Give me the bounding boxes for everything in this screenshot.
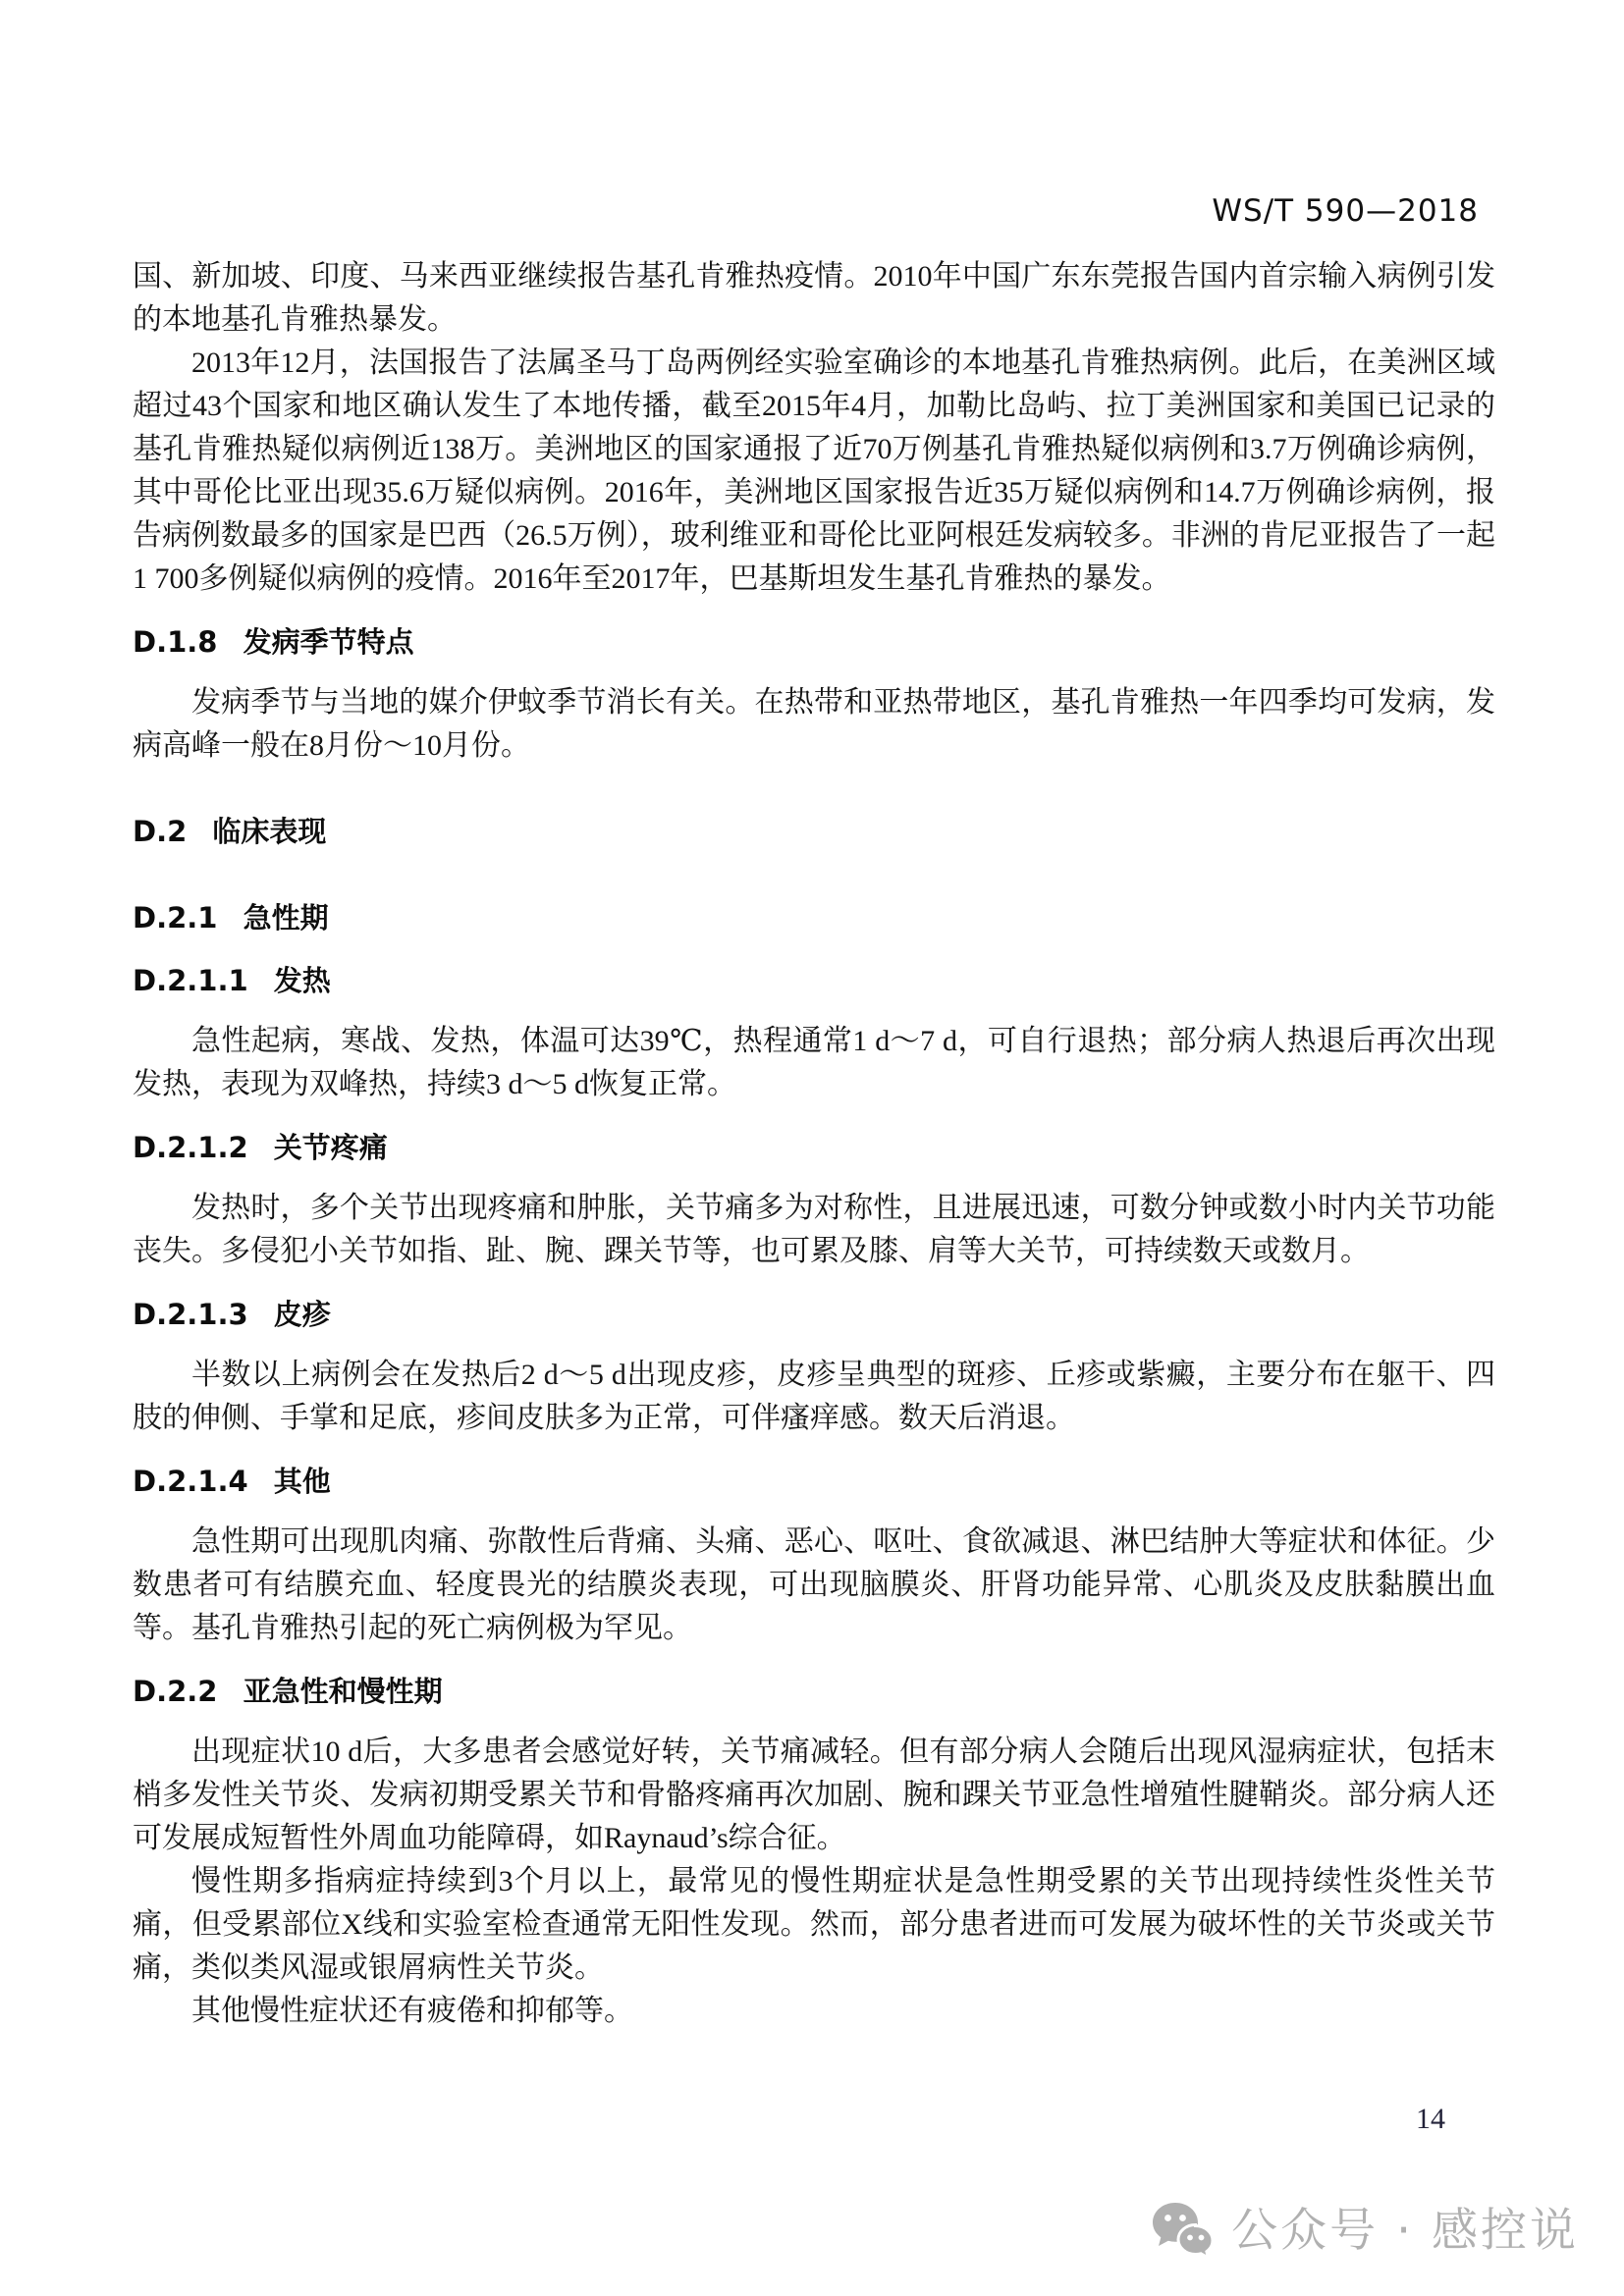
section-heading-d-2-1-1: D.2.1.1发热 [133,959,1495,1002]
heading-number: D.1.8 [133,625,217,659]
heading-title: 临床表现 [212,815,326,848]
body-paragraph: 急性起病，寒战、发热，体温可达39℃，热程通常1 d～7 d，可自行退热；部分病… [133,1020,1495,1106]
heading-title: 发病季节特点 [244,625,414,659]
body-paragraph: 国、新加坡、印度、马来西亚继续报告基孔肯雅热疫情。2010年中国广东东莞报告国内… [133,255,1495,342]
section-heading-d-2-2: D.2.2亚急性和慢性期 [133,1670,1495,1713]
document-body: 国、新加坡、印度、马来西亚继续报告基孔肯雅热疫情。2010年中国广东东莞报告国内… [133,255,1495,2033]
watermark: 公众号 · 感控说 [1151,2201,1579,2260]
heading-number: D.2.1.4 [133,1465,248,1498]
section-heading-d-1-8: D.1.8发病季节特点 [133,620,1495,664]
body-paragraph: 其他慢性症状还有疲倦和抑郁等。 [133,1990,1495,2033]
section-heading-d-2-1: D.2.1急性期 [133,896,1495,939]
page-number: 14 [1416,2103,1445,2136]
section-heading-d-2: D.2临床表现 [133,810,1495,853]
body-paragraph: 急性期可出现肌肉痛、弥散性后背痛、头痛、恶心、呕吐、食欲减退、淋巴结肿大等症状和… [133,1521,1495,1650]
wechat-logo-icon [1151,2201,1214,2260]
heading-number: D.2.2 [133,1675,217,1708]
section-heading-d-2-1-4: D.2.1.4其他 [133,1460,1495,1503]
body-paragraph: 发热时，多个关节出现疼痛和肿胀，关节痛多为对称性，且进展迅速，可数分钟或数小时内… [133,1187,1495,1273]
heading-number: D.2 [133,815,187,848]
heading-number: D.2.1 [133,901,217,934]
body-paragraph: 2013年12月，法国报告了法属圣马丁岛两例经实验室确诊的本地基孔肯雅热病例。此… [133,342,1495,601]
section-heading-d-2-1-3: D.2.1.3皮疹 [133,1293,1495,1336]
heading-number: D.2.1.3 [133,1298,248,1331]
heading-title: 皮疹 [274,1298,331,1331]
standard-code-header: WS/T 590—2018 [1212,193,1479,229]
heading-number: D.2.1.2 [133,1131,248,1164]
heading-title: 发热 [274,964,331,997]
heading-title: 其他 [274,1465,331,1498]
body-paragraph: 半数以上病例会在发热后2 d～5 d出现皮疹，皮疹呈典型的斑疹、丘疹或紫癜，主要… [133,1354,1495,1440]
body-paragraph: 出现症状10 d后，大多患者会感觉好转，关节痛减轻。但有部分病人会随后出现风湿病… [133,1731,1495,1860]
section-heading-d-2-1-2: D.2.1.2关节疼痛 [133,1126,1495,1169]
body-paragraph: 慢性期多指病症持续到3个月以上，最常见的慢性期症状是急性期受累的关节出现持续性炎… [133,1860,1495,1990]
watermark-text: 公众号 · 感控说 [1231,2208,1579,2254]
heading-title: 急性期 [244,901,329,934]
body-paragraph: 发病季节与当地的媒介伊蚊季节消长有关。在热带和亚热带地区，基孔肯雅热一年四季均可… [133,681,1495,768]
heading-title: 关节疼痛 [274,1131,388,1164]
document-page: WS/T 590—2018 国、新加坡、印度、马来西亚继续报告基孔肯雅热疫情。2… [0,0,1624,2296]
heading-title: 亚急性和慢性期 [244,1675,443,1708]
heading-number: D.2.1.1 [133,964,248,997]
